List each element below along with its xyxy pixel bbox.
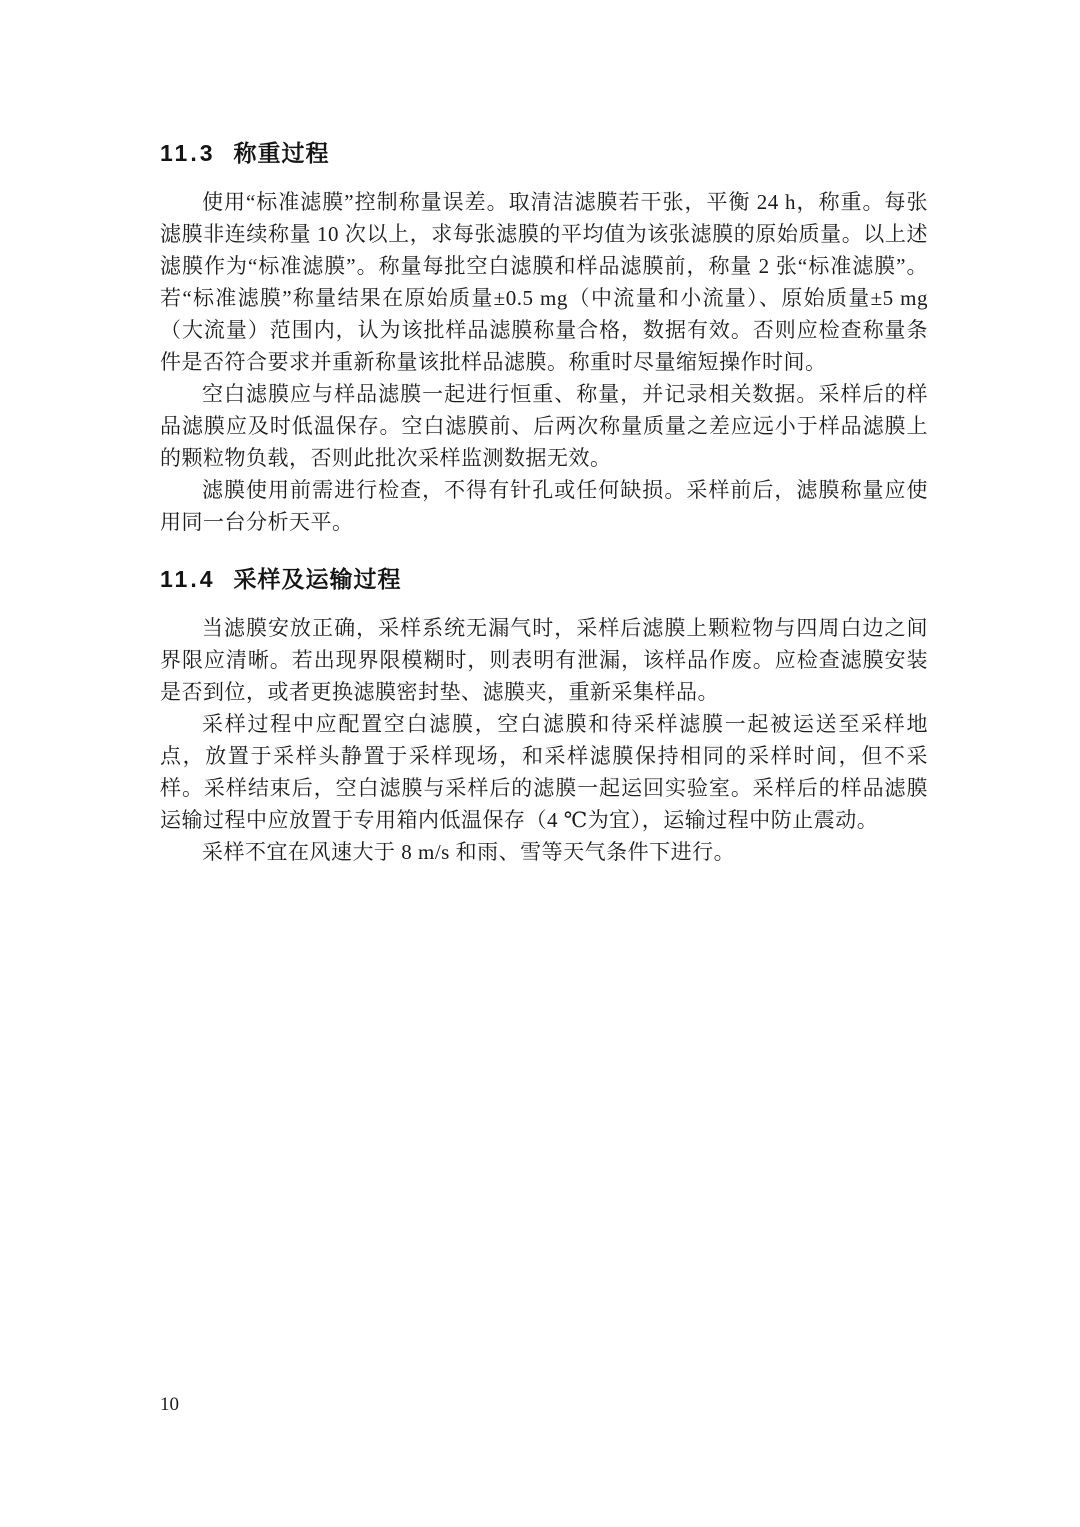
section-title-11-4: 采样及运输过程 [234,566,402,592]
paragraph: 空白滤膜应与样品滤膜一起进行恒重、称量，并记录相关数据。采样后的样品滤膜应及时低… [160,378,928,474]
section-title-11-3: 称重过程 [234,140,330,166]
page-number: 10 [160,1393,179,1417]
section-sampling-transport-process: 11.4采样及运输过程 当滤膜安放正确，采样系统无漏气时，采样后滤膜上颗粒物与四… [160,564,928,868]
section-heading-11-3: 11.3称重过程 [160,138,928,168]
document-page: 11.3称重过程 使用“标准滤膜”控制称量误差。取清洁滤膜若干张，平衡 24 h… [0,0,1080,1527]
section-heading-11-4: 11.4采样及运输过程 [160,564,928,594]
page-content: 11.3称重过程 使用“标准滤膜”控制称量误差。取清洁滤膜若干张，平衡 24 h… [160,138,928,868]
paragraph: 滤膜使用前需进行检查，不得有针孔或任何缺损。采样前后，滤膜称量应使用同一台分析天… [160,474,928,538]
paragraph: 当滤膜安放正确，采样系统无漏气时，采样后滤膜上颗粒物与四周白边之间界限应清晰。若… [160,612,928,708]
section-weighing-process: 11.3称重过程 使用“标准滤膜”控制称量误差。取清洁滤膜若干张，平衡 24 h… [160,138,928,538]
paragraph: 采样过程中应配置空白滤膜，空白滤膜和待采样滤膜一起被运送至采样地点，放置于采样头… [160,708,928,836]
paragraph: 采样不宜在风速大于 8 m/s 和雨、雪等天气条件下进行。 [160,836,928,868]
paragraph: 使用“标准滤膜”控制称量误差。取清洁滤膜若干张，平衡 24 h，称重。每张滤膜非… [160,186,928,378]
section-number-11-4: 11.4 [160,564,216,594]
section-number-11-3: 11.3 [160,138,216,168]
